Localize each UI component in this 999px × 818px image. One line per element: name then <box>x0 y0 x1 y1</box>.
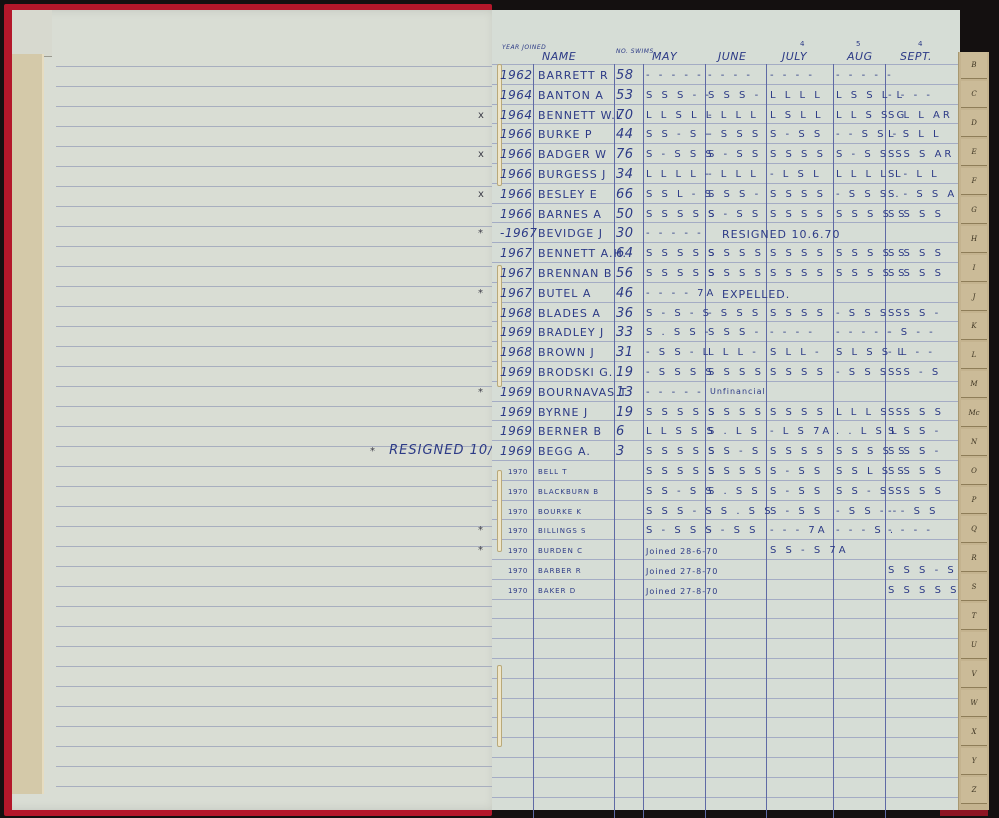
ruled-line <box>56 66 500 67</box>
may-attendance-cell: S S S S S <box>646 466 717 477</box>
ruled-line <box>492 123 958 124</box>
sept-attendance-cell: - - - - <box>888 525 933 536</box>
ruled-line <box>492 203 958 204</box>
june-attendance-cell: S S S - <box>708 90 761 101</box>
may-attendance-cell: S - S S S <box>646 149 715 160</box>
year-joined-cell: 1969 <box>500 325 533 339</box>
sept-attendance-cell: S S S - S <box>888 565 957 576</box>
ruled-line <box>492 143 958 144</box>
ruled-line <box>56 646 500 647</box>
ruled-line <box>56 126 500 127</box>
july-attendance-cell: S S - S 7A <box>770 545 849 556</box>
index-tab[interactable]: I <box>961 255 987 282</box>
index-tab[interactable]: S <box>961 574 987 601</box>
member-name-cell: BESLEY E <box>538 188 598 201</box>
member-name-cell: BARBER R <box>538 567 582 575</box>
ruled-line <box>492 757 958 758</box>
sept-superscript: 4 <box>918 40 922 48</box>
ruled-line <box>492 480 958 481</box>
ruled-line <box>56 606 500 607</box>
year-joined-cell: 1968 <box>500 306 533 320</box>
status-note: RESIGNED 10.6.70 <box>722 228 840 241</box>
june-attendance-cell: - S S S <box>708 129 761 140</box>
index-tab[interactable]: C <box>961 81 987 108</box>
swims-count-cell: 53 <box>616 88 634 103</box>
binding-thread <box>497 665 502 747</box>
ruled-line <box>492 638 958 639</box>
may-attendance-cell: S S S - S <box>646 506 715 517</box>
row-margin-mark: * <box>478 288 484 299</box>
status-note: Unfinancial <box>710 387 766 396</box>
row-margin-mark: * <box>478 545 484 556</box>
ruled-line <box>492 777 958 778</box>
index-tab[interactable]: L <box>961 342 987 369</box>
swims-count-cell: 50 <box>616 207 634 222</box>
member-name-cell: BEVIDGE J <box>538 227 603 240</box>
year-joined-cell: 1970 <box>508 508 528 516</box>
right-page: YEAR JOINED NAME NO. SWIMS MAY JUNE JULY… <box>492 10 960 810</box>
status-note: EXPELLED. <box>722 288 790 301</box>
may-attendance-cell: S - S - S <box>646 308 712 319</box>
index-tab[interactable]: M <box>961 371 987 398</box>
ruled-line <box>56 286 500 287</box>
ruled-line <box>56 666 500 667</box>
sept-attendance-cell: S S S S <box>888 209 944 220</box>
ruled-line <box>492 262 958 263</box>
index-tab[interactable]: Z <box>961 777 987 804</box>
column-divider-year <box>533 64 534 818</box>
torn-page-stubs <box>12 54 44 794</box>
ruled-line <box>56 346 500 347</box>
index-tab[interactable]: J <box>961 284 987 311</box>
ruled-line <box>56 206 500 207</box>
member-name-cell: BERNER B <box>538 425 602 438</box>
year-joined-cell: 1970 <box>508 488 528 496</box>
year-joined-cell: 1966 <box>500 207 533 221</box>
member-name-cell: BAKER D <box>538 587 576 595</box>
july-attendance-cell: S S S S <box>770 308 826 319</box>
ruled-line <box>56 766 500 767</box>
july-attendance-cell: S S S S <box>770 268 826 279</box>
ruled-line <box>492 599 958 600</box>
sept-attendance-cell: S S S S <box>888 407 944 418</box>
column-divider-swims <box>643 64 644 818</box>
ruled-line <box>492 381 958 382</box>
ruled-line <box>56 786 500 787</box>
july-attendance-cell: - - - - <box>770 327 815 338</box>
july-attendance-cell: S - S S <box>770 129 823 140</box>
asterisk-mark: * <box>370 446 376 457</box>
index-tab[interactable]: Mc <box>961 400 987 427</box>
year-joined-cell: 1964 <box>500 88 533 102</box>
row-margin-mark: x <box>478 110 484 121</box>
ruled-line <box>492 163 958 164</box>
index-tab[interactable]: E <box>961 139 987 166</box>
ruled-line <box>492 460 958 461</box>
sept-attendance-cell: S S S S S <box>888 585 959 596</box>
ruled-line <box>492 737 958 738</box>
ruled-line <box>56 686 500 687</box>
header-name: NAME <box>542 50 576 63</box>
index-tab[interactable]: V <box>961 661 987 688</box>
ruled-line <box>492 302 958 303</box>
ruled-line <box>56 566 500 567</box>
july-attendance-cell: S - S S <box>770 486 823 497</box>
sept-attendance-cell: S S S - <box>888 426 941 437</box>
member-name-cell: BARNES A <box>538 208 602 221</box>
ruled-line <box>492 84 958 85</box>
index-tab[interactable]: W <box>961 690 987 717</box>
index-tab[interactable]: D <box>961 110 987 137</box>
may-attendance-cell: S S - S - <box>646 129 712 140</box>
member-name-cell: BENNETT W.L <box>538 109 623 122</box>
sept-attendance-cell: - - S S <box>888 506 938 517</box>
header-year-joined: YEAR JOINED <box>502 44 532 51</box>
ruled-line <box>56 726 500 727</box>
index-tab[interactable]: G <box>961 197 987 224</box>
swims-count-cell: 66 <box>616 187 634 202</box>
year-joined-cell: 1966 <box>500 147 533 161</box>
swims-count-cell: 46 <box>616 286 634 301</box>
ruled-line <box>492 401 958 402</box>
july-attendance-cell: S S S S <box>770 149 826 160</box>
ruled-line <box>56 486 500 487</box>
row-margin-mark: * <box>478 525 484 536</box>
index-tab[interactable]: R <box>961 545 987 572</box>
june-attendance-cell: S S S S <box>708 367 764 378</box>
ruled-line <box>492 519 958 520</box>
index-tab[interactable]: P <box>961 487 987 514</box>
june-attendance-cell: - S . S S <box>708 506 774 517</box>
index-tab[interactable]: U <box>961 632 987 659</box>
may-attendance-cell: S S - S S <box>646 486 715 497</box>
index-tab[interactable]: O <box>961 458 987 485</box>
june-attendance-cell: S - S S <box>708 209 761 220</box>
ruled-line <box>492 183 958 184</box>
ruled-line <box>492 500 958 501</box>
member-name-cell: BRODSKI G. <box>538 366 613 379</box>
year-joined-cell: 1969 <box>500 444 533 458</box>
member-name-cell: BADGER W <box>538 148 607 161</box>
ruled-line <box>492 242 958 243</box>
column-divider-june <box>766 64 767 818</box>
year-joined-cell: 1970 <box>508 567 528 575</box>
july-attendance-cell: L S L L <box>770 110 824 121</box>
may-attendance-cell: Joined 27-8-70 <box>646 567 718 576</box>
ruled-line <box>56 86 500 87</box>
ruled-line <box>56 306 500 307</box>
page-corner-fold <box>12 10 52 57</box>
year-joined-cell: -1967 <box>500 226 537 240</box>
june-attendance-cell: - - - - <box>708 70 753 81</box>
row-margin-mark: x <box>478 149 484 160</box>
index-tab[interactable]: T <box>961 603 987 630</box>
may-attendance-cell: - - - - - <box>646 70 704 81</box>
year-joined-cell: 1968 <box>500 345 533 359</box>
sept-attendance-cell: S S S S <box>888 248 944 259</box>
july-attendance-cell: S S S S <box>770 209 826 220</box>
ruled-line <box>492 104 958 105</box>
may-attendance-cell: - S S - L <box>646 347 711 358</box>
swims-count-cell: 33 <box>616 325 634 340</box>
may-attendance-cell: L L S S S <box>646 426 716 437</box>
header-aug: AUG <box>847 50 873 63</box>
sept-attendance-cell: - L - - <box>888 347 935 358</box>
member-name-cell: BILLINGS S <box>538 527 587 535</box>
sept-attendance-cell: S L L AR <box>888 110 953 121</box>
header-swims: NO. SWIMS <box>616 48 644 55</box>
year-joined-cell: 1969 <box>500 365 533 379</box>
ruled-line <box>492 222 958 223</box>
aug-attendance-cell: - - - - - <box>836 70 894 81</box>
swims-count-cell: 56 <box>616 266 634 281</box>
july-superscript: 4 <box>800 40 804 48</box>
ruled-line <box>56 386 500 387</box>
may-attendance-cell: - - - - - <box>646 228 704 239</box>
sept-attendance-cell: S S S S <box>888 466 944 477</box>
member-name-cell: BOURKE K <box>538 508 582 516</box>
column-divider-july <box>833 64 834 818</box>
header-july: JULY <box>782 50 807 63</box>
member-name-cell: BEGG A. <box>538 445 591 458</box>
ruled-line <box>56 506 500 507</box>
year-joined-cell: 1969 <box>500 385 533 399</box>
ruled-line <box>56 746 500 747</box>
index-tab[interactable]: F <box>961 168 987 195</box>
swims-count-cell: 13 <box>616 385 634 400</box>
ruled-line <box>492 282 958 283</box>
sept-attendance-cell: S - L L <box>888 169 940 180</box>
ruled-line <box>56 106 500 107</box>
may-attendance-cell: Joined 27-8-70 <box>646 587 718 596</box>
june-attendance-cell: S S S S <box>708 466 764 477</box>
swims-count-cell: 19 <box>616 405 634 420</box>
index-tab[interactable]: Y <box>961 748 987 775</box>
sept-attendance-cell: S S - S <box>888 367 941 378</box>
june-attendance-cell: - L L L <box>708 110 759 121</box>
july-attendance-cell: L L L L <box>770 90 823 101</box>
july-attendance-cell: S S S S <box>770 407 826 418</box>
june-attendance-cell: S - S S <box>708 149 761 160</box>
index-tab[interactable]: X <box>961 719 987 746</box>
member-name-cell: BUTEL A <box>538 287 591 300</box>
july-attendance-cell: S L L - <box>770 347 822 358</box>
ruled-line <box>492 440 958 441</box>
member-name-cell: BURKE P <box>538 128 593 141</box>
june-attendance-cell: L L L - <box>708 347 759 358</box>
june-attendance-cell: - S S S <box>708 308 761 319</box>
year-joined-cell: 1962 <box>500 68 533 82</box>
swims-count-cell: 6 <box>616 424 625 439</box>
member-name-cell: BRADLEY J <box>538 326 604 339</box>
index-tab[interactable]: K <box>961 313 987 340</box>
member-name-cell: BROWN J <box>538 346 595 359</box>
july-attendance-cell: S S S S <box>770 367 826 378</box>
june-attendance-cell: - L L L <box>708 169 759 180</box>
ruled-line <box>56 426 500 427</box>
may-attendance-cell: S S L - S <box>646 189 714 200</box>
july-attendance-cell: - - - - <box>770 70 815 81</box>
ruled-line <box>56 366 500 367</box>
sept-attendance-cell: S S S - <box>888 308 941 319</box>
ruled-line <box>492 717 958 718</box>
year-joined-cell: 1966 <box>500 127 533 141</box>
ruled-line <box>56 266 500 267</box>
ruled-line <box>56 466 500 467</box>
swims-count-cell: 44 <box>616 127 634 142</box>
year-joined-cell: 1967 <box>500 246 533 260</box>
year-joined-cell: 1970 <box>508 587 528 595</box>
ruled-line <box>492 64 958 65</box>
ruled-line <box>492 361 958 362</box>
ruled-line <box>56 706 500 707</box>
left-page: * RESIGNED 10/1/71 <box>12 10 500 810</box>
ruled-line <box>492 321 958 322</box>
row-margin-mark: x <box>478 189 484 200</box>
july-attendance-cell: - L S L <box>770 169 822 180</box>
ruled-line <box>492 797 958 798</box>
june-attendance-cell: S . L S <box>708 426 760 437</box>
member-name-cell: BENNETT A.H. <box>538 247 627 260</box>
header-may: MAY <box>652 50 677 63</box>
may-attendance-cell: Joined 28-6-70 <box>646 547 718 556</box>
year-joined-cell: 1966 <box>500 187 533 201</box>
member-name-cell: BELL T <box>538 468 568 476</box>
index-tab[interactable]: N <box>961 429 987 456</box>
row-margin-mark: * <box>478 387 484 398</box>
may-attendance-cell: S S S S S <box>646 268 717 279</box>
member-name-cell: BARRETT R <box>538 69 609 82</box>
swims-count-cell: 36 <box>616 306 634 321</box>
july-attendance-cell: S S S S <box>770 189 826 200</box>
may-attendance-cell: S S S S S <box>646 248 717 259</box>
ruled-line <box>492 539 958 540</box>
june-attendance-cell: S S S - <box>708 189 761 200</box>
column-divider-name <box>614 64 615 818</box>
july-attendance-cell: S S S S <box>770 248 826 259</box>
index-tab[interactable]: B <box>961 52 987 79</box>
sept-attendance-cell: S S S S <box>888 268 944 279</box>
index-tab[interactable]: Q <box>961 516 987 543</box>
member-name-cell: BURDEN C <box>538 547 583 555</box>
july-attendance-cell: S - S S <box>770 506 823 517</box>
sept-attendance-cell: S S S AR <box>888 149 954 160</box>
header-sept: SEPT. <box>900 50 932 63</box>
swims-count-cell: 19 <box>616 365 634 380</box>
ruled-line <box>492 559 958 560</box>
ruled-line <box>492 658 958 659</box>
may-attendance-cell: - - - - 7A <box>646 288 716 299</box>
member-name-cell: BRENNAN B <box>538 267 612 280</box>
may-attendance-cell: L L S L L <box>646 110 714 121</box>
may-attendance-cell: S S S S S <box>646 446 717 457</box>
july-attendance-cell: S - S S <box>770 466 823 477</box>
year-joined-cell: 1970 <box>508 527 528 535</box>
member-name-cell: BOURNAVAS T <box>538 386 627 399</box>
july-attendance-cell: S S S S <box>770 446 826 457</box>
ruled-line <box>56 146 500 147</box>
ruled-line <box>56 546 500 547</box>
ruled-line <box>492 341 958 342</box>
binding-thread <box>497 470 502 552</box>
swims-count-cell: 64 <box>616 246 634 261</box>
june-attendance-cell: S S S - <box>708 327 761 338</box>
swims-count-cell: 30 <box>616 226 634 241</box>
may-attendance-cell: L L L L - <box>646 169 712 180</box>
swims-count-cell: 70 <box>616 108 634 123</box>
year-joined-cell: 1969 <box>500 405 533 419</box>
june-attendance-cell: S S S S <box>708 407 764 418</box>
year-joined-cell: 1970 <box>508 468 528 476</box>
ruled-line <box>492 698 958 699</box>
member-name-cell: BURGESS J <box>538 168 606 181</box>
member-name-cell: BLACKBURN B <box>538 488 599 496</box>
swims-count-cell: 3 <box>616 444 625 459</box>
ruled-line <box>56 246 500 247</box>
ruled-line <box>56 626 500 627</box>
ruled-line <box>492 678 958 679</box>
june-attendance-cell: - - S S <box>708 525 758 536</box>
sept-attendance-cell: S - S S AR <box>888 189 967 200</box>
ruled-line <box>492 420 958 421</box>
year-joined-cell: 1967 <box>500 286 533 300</box>
aug-attendance-cell: - - - - - <box>836 327 894 338</box>
july-attendance-cell: - L S 7A <box>770 426 832 437</box>
year-joined-cell: 1967 <box>500 266 533 280</box>
may-attendance-cell: S S S S S <box>646 209 717 220</box>
ruled-line <box>56 166 500 167</box>
row-margin-mark: * <box>478 228 484 239</box>
june-attendance-cell: S S S S <box>708 268 764 279</box>
ruled-line <box>56 186 500 187</box>
may-attendance-cell: S S S - - <box>646 90 712 101</box>
swims-count-cell: 31 <box>616 345 634 360</box>
may-attendance-cell: S . S S - <box>646 327 712 338</box>
sept-attendance-cell: L S L L <box>888 129 942 140</box>
member-name-cell: BANTON A <box>538 89 604 102</box>
sept-attendance-cell: S S S S <box>888 486 944 497</box>
ruled-line <box>56 326 500 327</box>
member-name-cell: BYRNE J <box>538 406 588 419</box>
ruled-line <box>492 579 958 580</box>
may-attendance-cell: S - S S S <box>646 525 715 536</box>
july-attendance-cell: - - - 7A <box>770 525 828 536</box>
swims-count-cell: 76 <box>616 147 634 162</box>
may-attendance-cell: - - - - - <box>646 387 704 398</box>
alphabet-index-tabs: BCDEFGHIJKLMMcNOPQRSTUVWXYZ <box>958 52 989 810</box>
member-name-cell: BLADES A <box>538 307 601 320</box>
sept-attendance-cell: S S S - <box>888 446 941 457</box>
june-attendance-cell: S S - S <box>708 446 761 457</box>
may-attendance-cell: S S S S S <box>646 407 717 418</box>
year-joined-cell: 1969 <box>500 424 533 438</box>
june-attendance-cell: S . S S <box>708 486 761 497</box>
ruled-line <box>56 406 500 407</box>
sept-attendance-cell: - - - - <box>888 90 933 101</box>
may-attendance-cell: - S S S S <box>646 367 715 378</box>
year-joined-cell: 1970 <box>508 547 528 555</box>
ruled-line <box>56 526 500 527</box>
year-joined-cell: 1966 <box>500 167 533 181</box>
sept-attendance-cell: - S - - <box>888 327 936 338</box>
year-joined-cell: 1964 <box>500 108 533 122</box>
ruled-line <box>56 226 500 227</box>
swims-count-cell: 34 <box>616 167 634 182</box>
ruled-line <box>492 618 958 619</box>
ruled-line <box>56 586 500 587</box>
june-attendance-cell: S S S S <box>708 248 764 259</box>
index-tab[interactable]: H <box>961 226 987 253</box>
